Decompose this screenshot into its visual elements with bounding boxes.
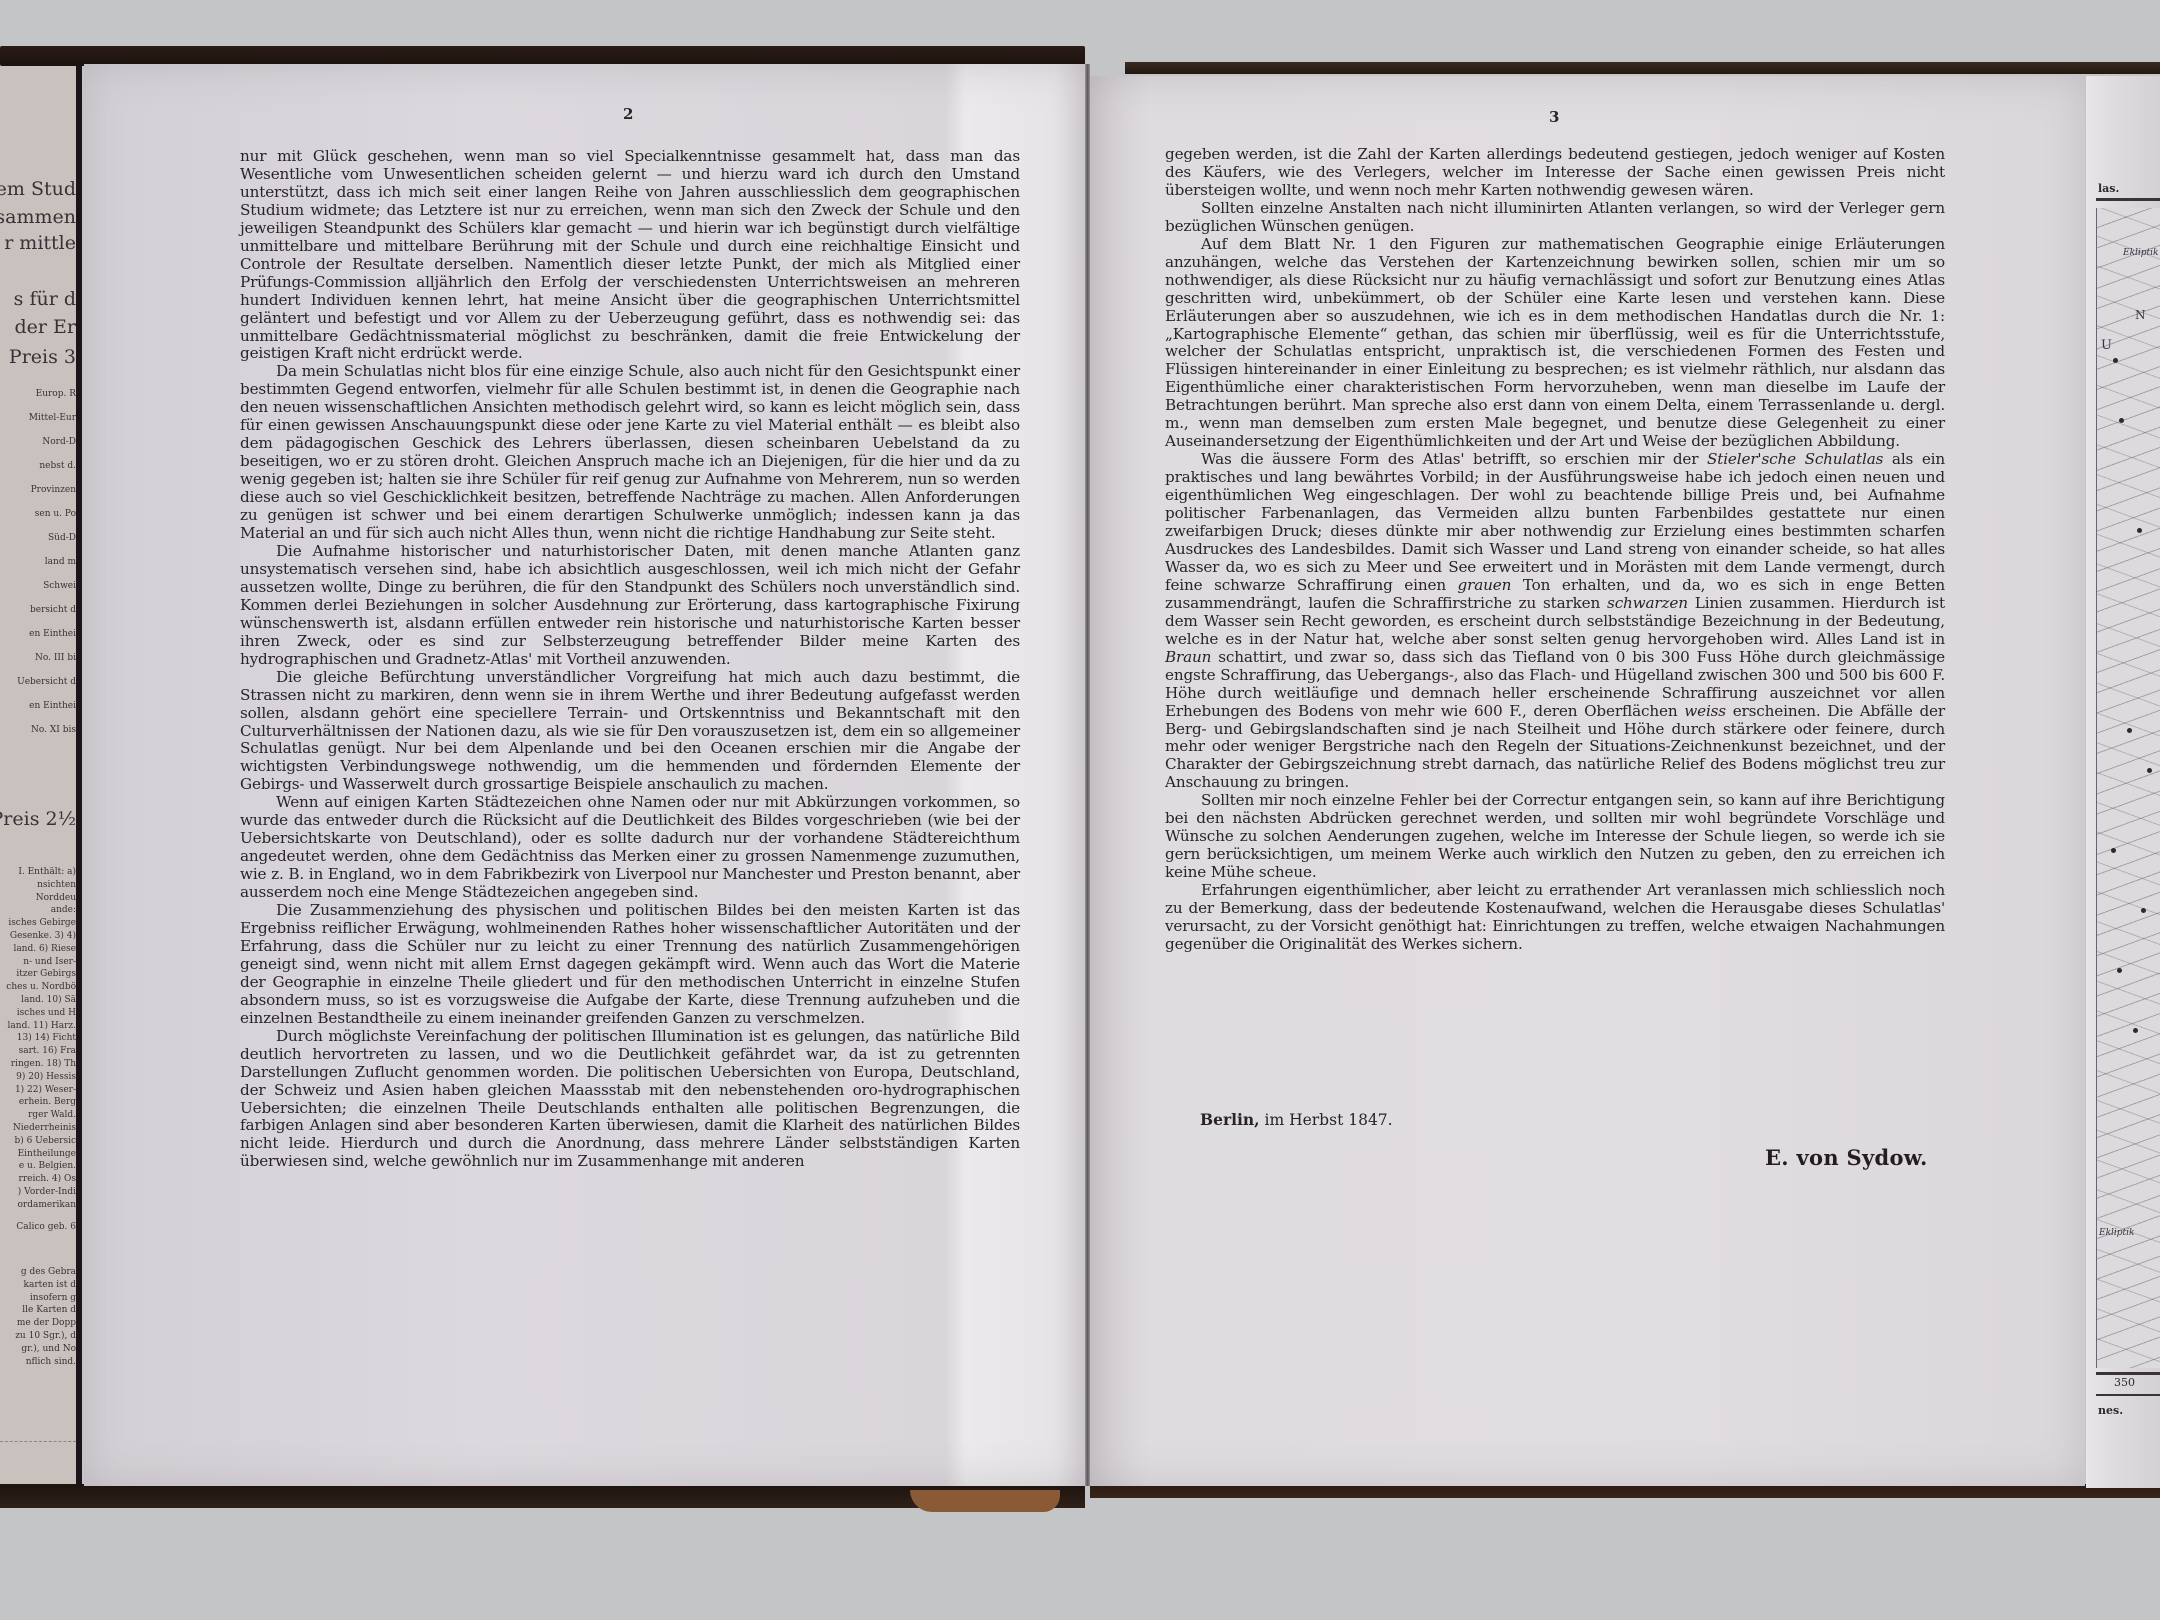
prev-page-text-fragment: Nord-D [42, 436, 76, 449]
author-signature: E. von Sydow. [1765, 1145, 1928, 1170]
paragraph: Durch möglichste Vereinfachung der polit… [240, 1028, 1020, 1172]
paragraph: Die Aufnahme historischer und naturhisto… [240, 543, 1020, 669]
prev-page-text-fragment: me der Dopp [17, 1317, 76, 1330]
prev-page-text-fragment: s für d [14, 288, 76, 310]
map-border-rule [2096, 198, 2160, 201]
star-map-body: Ekliptik U N Ekliptik [2096, 208, 2160, 1368]
prev-page-text-fragment: bersicht d [30, 604, 76, 617]
prev-page-text-fragment: ringen. 18) Th [11, 1058, 76, 1071]
map-title-fragment: las. [2098, 182, 2119, 195]
prev-page-text-fragment: No. XI bis [31, 724, 76, 737]
prev-page-text-fragment: isches Gebirge [8, 917, 76, 930]
page-number-right: 3 [1549, 108, 1559, 126]
prev-page-text-fragment: I. Enthält: a) [18, 866, 76, 879]
paragraph: Sollten mir noch einzelne Fehler bei der… [1165, 792, 1945, 882]
prev-page-text-fragment: Mittel-Eur [29, 412, 76, 425]
star-icon [2147, 768, 2152, 773]
star-icon [2127, 728, 2132, 733]
book-cover-bottom-edge-right [1090, 1484, 2160, 1498]
torn-leather-patch [910, 1490, 1060, 1512]
prev-page-text-fragment: Süd-D [48, 532, 76, 545]
prev-page-text-fragment: Gesenke. 3) 4) [10, 930, 76, 943]
map-border-rule [2096, 1394, 2160, 1396]
prev-page-text-fragment: erhein. Berg [19, 1096, 76, 1109]
prev-page-text-fragment: 9) 20) Hessis [16, 1071, 76, 1084]
paragraph: Wenn auf einigen Karten Städtezeichen oh… [240, 794, 1020, 902]
prev-page-text-fragment: em Stud [0, 178, 76, 200]
page-number-left: 2 [623, 105, 633, 123]
paragraph: gegeben werden, ist die Zahl der Karten … [1165, 146, 1945, 200]
prev-page-text-fragment: No. III bi [35, 652, 76, 665]
prev-page-text-fragment: zu 10 Sgr.), d [15, 1330, 76, 1343]
prev-page-text-fragment: Schwei [43, 580, 76, 593]
prev-page-text-fragment: b) 6 Uebersic [14, 1135, 76, 1148]
prev-page-text-fragment: rger Wald. [28, 1109, 76, 1122]
map-label: Ekliptik [2099, 1228, 2135, 1238]
prev-page-text-fragment: sart. 16) Fra [19, 1045, 76, 1058]
prev-page-text-fragment: rreich. 4) Os [19, 1173, 76, 1186]
star-icon [2113, 358, 2118, 363]
prev-page-text-fragment: land m [45, 556, 76, 569]
paragraph: Auf dem Blatt Nr. 1 den Figuren zur math… [1165, 236, 1945, 451]
paragraph: Sollten einzelne Anstalten nach nicht il… [1165, 200, 1945, 236]
star-icon [2119, 418, 2124, 423]
prev-page-text-fragment: Europ. R [36, 388, 76, 401]
book-cover-top-edge-left [0, 46, 1085, 66]
italic-title: Stieler'sche Schulatlas [1707, 450, 1883, 468]
prev-page-text-fragment: sen u. Po [35, 508, 76, 521]
prev-page-text-fragment: insofern g [30, 1292, 76, 1305]
paragraph: Die gleiche Befürchtung unverständlicher… [240, 669, 1020, 795]
prev-page-text-fragment: Provinzen [31, 484, 76, 497]
prev-page-text-fragment: ) Vorder-Indi [18, 1186, 76, 1199]
prev-page-text-fragment: gr.), und No [21, 1343, 76, 1356]
place-and-date: Berlin, im Herbst 1847. [1200, 1110, 1393, 1129]
prev-page-text-fragment: nsichten [37, 879, 76, 892]
star-icon [2117, 968, 2122, 973]
prev-page-text-fragment: sammen [0, 206, 76, 228]
prev-page-text-fragment: ordamerikan [17, 1199, 76, 1212]
left-page-text: nur mit Glück geschehen, wenn man so vie… [240, 148, 1020, 1171]
prev-page-text-fragment: Calico geb. 6 [16, 1221, 76, 1234]
paragraph-atlas-form: Was die äussere Form des Atlas' betrifft… [1165, 451, 1945, 792]
map-label: N [2135, 308, 2146, 322]
map-label: U [2101, 338, 2112, 353]
prev-page-text-fragment: karten ist d [24, 1279, 76, 1292]
prev-page-text-fragment: land. 11) Harz. [8, 1020, 76, 1033]
prev-page-text-fragment: r mittle [4, 232, 76, 254]
prev-page-text-fragment: Uebersicht d [17, 676, 76, 689]
prev-page-text-fragment: en Einthei [29, 628, 76, 641]
prev-page-text-fragment: Preis 2½ [0, 808, 76, 830]
star-icon [2141, 908, 2146, 913]
map-label: Ekliptik [2123, 248, 2159, 258]
book-cover-top-edge-right [1125, 62, 2160, 74]
prev-page-text-fragment: Eintheilunge [18, 1148, 76, 1161]
map-caption-fragment: nes. [2098, 1404, 2123, 1417]
paragraph: Da mein Schulatlas nicht blos für eine e… [240, 363, 1020, 543]
map-scale-bottom: 350 [2114, 1376, 2135, 1389]
prev-page-text-fragment: 1) 22) Weser- [15, 1084, 76, 1097]
star-icon [2137, 528, 2142, 533]
prev-page-text-fragment: itzer Gebirgs [16, 968, 76, 981]
prev-page-text-fragment: Preis 3 [9, 346, 76, 368]
divider [0, 1441, 76, 1442]
prev-page-text-fragment: nflich sind. [26, 1356, 76, 1369]
prev-page-text-fragment: ches u. Nordbö [6, 981, 76, 994]
prev-page-text-fragment: land. 10) Sä [21, 994, 76, 1007]
paragraph: Die Zusammenziehung des physischen und p… [240, 902, 1020, 1028]
right-page-text: gegeben werden, ist die Zahl der Karten … [1165, 146, 1945, 954]
prev-page-text-fragment: e u. Belgien. [19, 1160, 76, 1173]
prev-page-text-fragment: en Einthei [29, 700, 76, 713]
star-icon [2133, 1028, 2138, 1033]
previous-page-fragment: em Studsammenr mittles für dder ErPreis … [0, 66, 82, 1484]
prev-page-text-fragment: 13) 14) Ficht [17, 1032, 76, 1045]
prev-page-text-fragment: nebst d. [39, 460, 76, 473]
star-map-fragment: las. 190 Ekliptik U N Ekliptik 350 nes. [2086, 76, 2160, 1488]
paragraph: nur mit Glück geschehen, wenn man so vie… [240, 148, 1020, 363]
prev-page-text-fragment: isches und H [17, 1007, 76, 1020]
prev-page-text-fragment: land. 6) Riese [13, 943, 76, 956]
prev-page-text-fragment: der Er [15, 316, 76, 338]
prev-page-text-fragment: ande: [51, 904, 76, 917]
prev-page-text-fragment: Niederrheinis [13, 1122, 76, 1135]
paragraph: Erfahrungen eigenthümlicher, aber leicht… [1165, 882, 1945, 954]
map-border-rule [2096, 1372, 2160, 1375]
star-icon [2111, 848, 2116, 853]
prev-page-text-fragment: Norddeu [36, 892, 76, 905]
prev-page-text-fragment: n- und Iser- [23, 956, 76, 969]
prev-page-text-fragment: g des Gebra [21, 1266, 76, 1279]
prev-page-text-fragment: lle Karten d [22, 1304, 76, 1317]
